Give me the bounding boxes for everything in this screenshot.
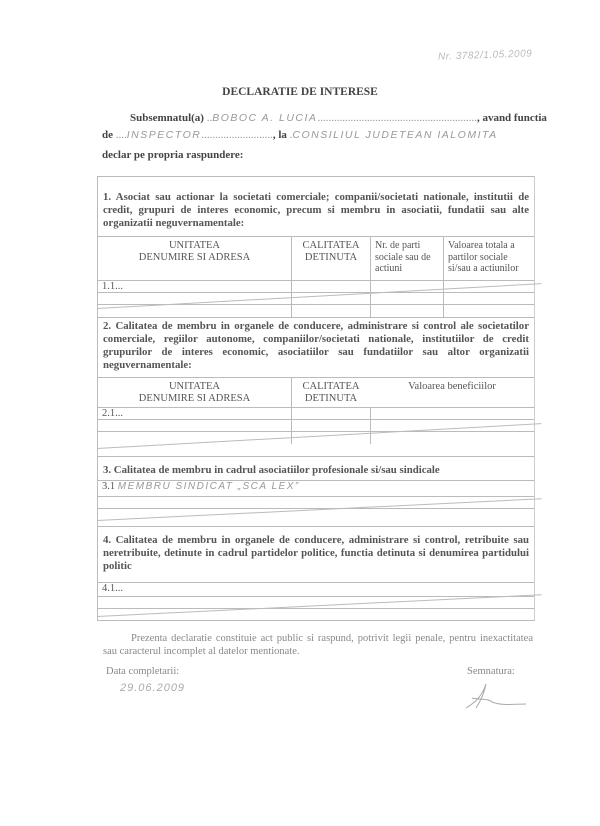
table-row [98,432,534,444]
section-4: 4. Calitatea de membru in organele de co… [97,526,535,621]
row-value: MEMBRU SINDICAT „SCA LEX” [118,481,300,492]
function-line: de ....INSPECTOR........................… [102,129,498,141]
section-4-text: 4. Calitatea de membru in organele de co… [98,530,534,576]
table-row [98,509,534,521]
col-nr-parti: Nr. de parti sociale sau de actiuni [371,237,444,281]
de-label: de [102,129,113,141]
la-label: , la [273,129,287,141]
table-row [98,420,534,432]
row-label: 3.1 [102,481,115,492]
section-4-table: 4.1... [98,582,534,621]
table-row [98,293,534,305]
table-row: 3.1 MEMBRU SINDICAT „SCA LEX” [98,481,534,497]
subsemnatul-label: Subsemnatul(a) [130,112,204,124]
col-unitatea: UNITATEADENUMIRE SI ADRESA [98,378,292,408]
name-line: Subsemnatul(a) ..BOBOC A. LUCIA.........… [130,112,547,124]
section-3-text: 3. Calitatea de membru in cadrul asociat… [98,460,534,480]
section-2-table: UNITATEADENUMIRE SI ADRESA CALITATEADETI… [98,377,534,444]
col-unitatea: UNITATEADENUMIRE SI ADRESA [98,237,292,281]
row-label: 4.1... [98,583,534,597]
row-label: 1.1... [98,281,292,293]
registration-number: Nr. 3782/1.05.2009 [438,48,533,62]
table-row [98,609,534,621]
section-2-text: 2. Calitatea de membru in organele de co… [98,316,534,375]
document-title: DECLARATIE DE INTERESE [0,86,600,98]
institution-value: CONSILIUL JUDETEAN IALOMITA [292,129,497,141]
declar-label: declar pe propria raspundere: [102,149,243,161]
section-1-text: 1. Asociat sau actionar la societati com… [98,187,534,233]
row-label: 2.1... [98,408,292,420]
statement-text: Prezenta declaratie constituie act publi… [103,632,533,658]
signature-label: Semnatura: [467,666,515,677]
table-row [98,305,534,317]
table-row: 2.1... [98,408,534,420]
col-valoarea-totala: Valoarea totala a partilor sociale si/sa… [444,237,535,281]
col-calitatea: CALITATEADETINUTA [292,237,371,281]
avand-label: , avand functia [477,112,547,124]
table-row: 4.1... [98,583,534,597]
name-value: BOBOC A. LUCIA [212,112,317,124]
function-value: INSPECTOR [127,129,202,141]
date-label: Data completarii: [106,666,179,677]
signature-icon [462,678,532,714]
date-value: 29.06.2009 [120,682,185,694]
section-3-table: 3.1 MEMBRU SINDICAT „SCA LEX” [98,480,534,521]
col-valoarea-beneficiilor: Valoarea beneficiilor [370,378,534,408]
col-calitatea: CALITATEADETINUTA [292,378,371,408]
